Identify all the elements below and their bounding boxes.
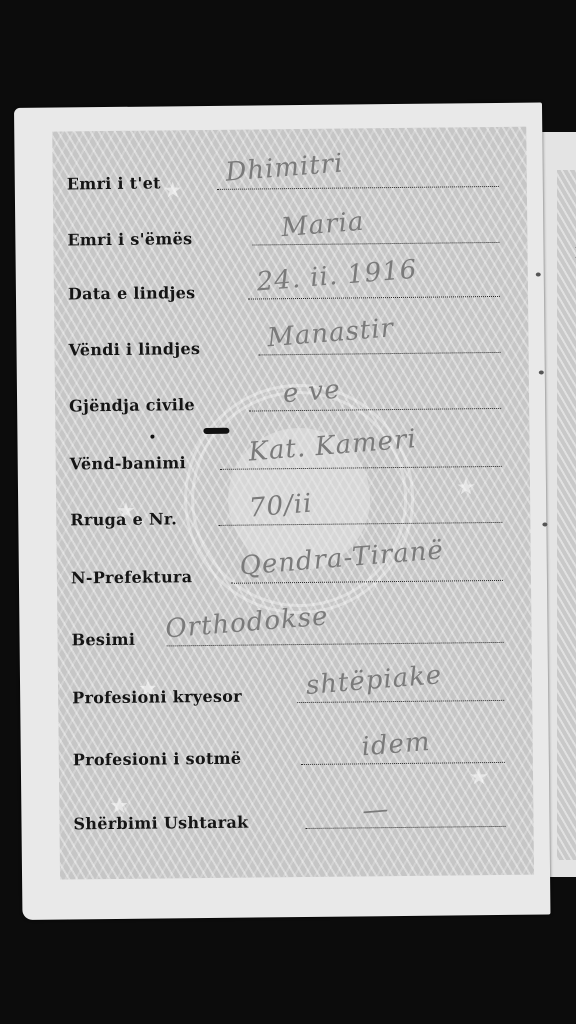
form-panel: ★ ★ ★ ★ ★ ★ Emri i t'et Dhimitri Emri i …: [52, 127, 534, 880]
field-line: [259, 352, 501, 356]
field-label: Emri i t'et: [67, 173, 161, 193]
field-line: [301, 762, 505, 765]
field-religion: Besimi Orthodokse: [71, 611, 523, 656]
right-page-panel: E: [557, 170, 576, 860]
field-value: Dhimitri: [224, 148, 344, 187]
field-prefecture: N-Prefektura Qendra-Tiranë: [71, 549, 523, 594]
field-street-number: Rruga e Nr. 70/ii: [70, 491, 522, 536]
field-residence: Vënd-banimi Kat. Kameri: [69, 435, 521, 480]
field-label: Data e lindjes: [68, 283, 196, 303]
field-label: Vëndi i lindjes: [68, 339, 200, 359]
left-page: ★ ★ ★ ★ ★ ★ Emri i t'et Dhimitri Emri i …: [14, 102, 550, 919]
field-line: [167, 642, 504, 647]
field-birth-date: Data e lindjes 24. ii. 1916: [68, 265, 520, 310]
spine-hole: [539, 370, 544, 374]
field-value: e ve: [282, 375, 342, 410]
field-value: 24. ii. 1916: [256, 255, 419, 298]
field-label: Profesioni kryesor: [72, 687, 242, 708]
ink-blot: [203, 428, 229, 434]
field-value: shtëpiake: [305, 660, 443, 701]
field-civil-status: Gjëndja civile e ve: [69, 377, 521, 422]
field-value: Maria: [280, 207, 366, 244]
field-father-name: Emri i t'et Dhimitri: [67, 155, 519, 200]
spine-hole: [542, 522, 547, 526]
field-value: Orthodokse: [164, 601, 329, 644]
field-line: [231, 580, 503, 584]
field-label: Shërbimi Ushtarak: [73, 813, 248, 834]
field-line: [217, 186, 499, 190]
field-line: [297, 700, 504, 703]
field-value: Manastir: [266, 313, 395, 353]
field-label: Vënd-banimi: [70, 453, 186, 473]
field-value: —: [361, 794, 390, 826]
field-label: Besimi: [71, 630, 135, 650]
field-line: [306, 826, 506, 829]
spine-hole: [536, 272, 541, 276]
field-current-profession: Profesioni i sotmë idem: [73, 731, 525, 776]
field-label: Profesioni i sotmë: [73, 749, 242, 770]
field-label: Emri i s'ëmës: [67, 229, 192, 249]
field-main-profession: Profesioni kryesor shtëpiake: [72, 669, 524, 714]
field-label: N-Prefektura: [71, 567, 193, 587]
field-birth-place: Vëndi i lindjes Manastir: [68, 321, 520, 366]
field-mother-name: Emri i s'ëmës Maria: [67, 211, 519, 256]
field-label: Gjëndja civile: [69, 395, 195, 415]
id-booklet: E ★ ★ ★ ★ ★ ★ Emri i t'et Dhimitri: [0, 0, 576, 1024]
field-label: Rruga e Nr.: [70, 509, 177, 529]
field-military-service: Shërbimi Ushtarak —: [73, 795, 525, 840]
field-value: idem: [360, 727, 431, 762]
field-value: 70/ii: [248, 489, 314, 524]
field-line: [248, 296, 500, 300]
